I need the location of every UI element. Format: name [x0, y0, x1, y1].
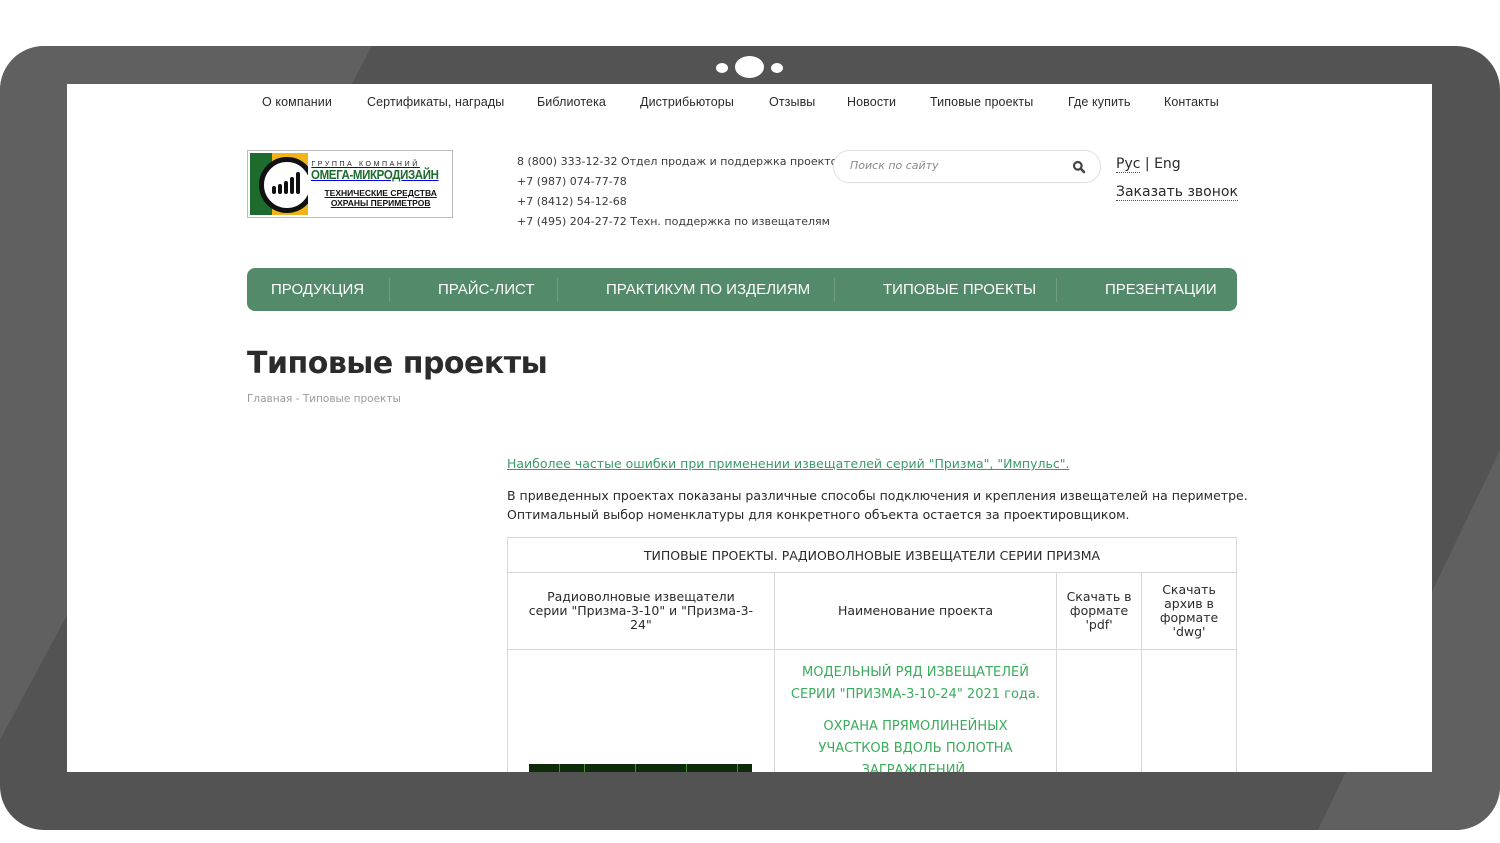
page-title: Типовые проекты [247, 346, 547, 381]
main-nav-typical-projects[interactable]: ТИПОВЫЕ ПРОЕКТЫ [883, 268, 1036, 311]
breadcrumb-home[interactable]: Главная [247, 393, 292, 405]
breadcrumb: Главная - Типовые проекты [247, 393, 401, 405]
detector-image-cell [508, 650, 775, 773]
top-nav-contacts[interactable]: Контакты [1164, 95, 1219, 109]
top-nav-library[interactable]: Библиотека [537, 95, 606, 109]
breadcrumb-separator: - [292, 393, 302, 405]
intro-line-2: Оптимальный выбор номенклатуры для конкр… [507, 505, 1237, 524]
project-names-cell: МОДЕЛЬНЫЙ РЯД ИЗВЕЩАТЕЛЕЙ СЕРИИ "ПРИЗМА-… [774, 650, 1056, 773]
sensor-dot-icon [716, 63, 728, 73]
column-header-dwg: Скачать архив в формате 'dwg' [1142, 573, 1237, 650]
request-callback-link[interactable]: Заказать звонок [1116, 184, 1238, 201]
nav-divider [834, 278, 835, 302]
lang-en-link[interactable]: Eng [1154, 156, 1181, 172]
nav-divider [557, 278, 558, 302]
logo-tagline-2: ОХРАНЫ ПЕРИМЕТРОВ [311, 198, 450, 208]
common-errors-link[interactable]: Наиболее частые ошибки при применении из… [507, 456, 1237, 471]
main-nav-products[interactable]: ПРОДУКЦИЯ [271, 268, 364, 311]
intro-text: В приведенных проектах показаны различны… [507, 486, 1237, 524]
website-screen: О компании Сертификаты, награды Библиоте… [67, 84, 1432, 772]
column-header-detectors: Радиоволновые извещатели серии "Призма-3… [508, 573, 775, 650]
phone-penza: +7 (8412) 54-12-68 [517, 192, 844, 212]
logo-group-text: ГРУППА КОМПАНИЙ [311, 161, 450, 168]
top-nav-where-to-buy[interactable]: Где купить [1068, 95, 1131, 109]
breadcrumb-current: Типовые проекты [303, 393, 401, 405]
main-nav-presentations[interactable]: ПРЕЗЕНТАЦИИ [1105, 268, 1217, 311]
sensor-dot-icon [771, 63, 783, 73]
logo-company-name: ОМЕГА-МИКРОДИЗАЙН [311, 168, 439, 182]
logo-tagline-1: ТЕХНИЧЕСКИЕ СРЕДСТВА [311, 188, 450, 198]
company-logo[interactable]: ГРУППА КОМПАНИЙ ОМЕГА-МИКРОДИЗАЙН ТЕХНИЧ… [247, 150, 453, 218]
phone-list: 8 (800) 333-12-32 Отдел продаж и поддерж… [517, 152, 844, 232]
top-nav-reviews[interactable]: Отзывы [769, 95, 815, 109]
device-frame: О компании Сертификаты, награды Библиоте… [0, 46, 1500, 830]
main-nav-price-list[interactable]: ПРАЙС-ЛИСТ [438, 268, 535, 311]
main-nav-workshop[interactable]: ПРАКТИКУМ ПО ИЗДЕЛИЯМ [606, 268, 810, 311]
nav-divider [389, 278, 390, 302]
project-link-straight-sections[interactable]: ОХРАНА ПРЯМОЛИНЕЙНЫХ УЧАСТКОВ ВДОЛЬ ПОЛО… [775, 716, 1056, 772]
top-nav-typical-projects[interactable]: Типовые проекты [930, 95, 1033, 109]
search-icon[interactable] [1072, 160, 1086, 174]
top-nav-about[interactable]: О компании [262, 95, 332, 109]
main-nav: ПРОДУКЦИЯ ПРАЙС-ЛИСТ ПРАКТИКУМ ПО ИЗДЕЛИ… [247, 268, 1237, 311]
detector-photo[interactable] [529, 764, 752, 772]
phone-mobile: +7 (987) 074-77-78 [517, 172, 844, 192]
phone-support: +7 (495) 204-27-72 Техн. поддержка по из… [517, 212, 844, 232]
lang-ru-link[interactable]: Рус [1116, 156, 1140, 173]
camera-lens-icon [735, 56, 764, 78]
table-row: МОДЕЛЬНЫЙ РЯД ИЗВЕЩАТЕЛЕЙ СЕРИИ "ПРИЗМА-… [508, 650, 1237, 773]
project-link-model-range[interactable]: МОДЕЛЬНЫЙ РЯД ИЗВЕЩАТЕЛЕЙ СЕРИИ "ПРИЗМА-… [775, 662, 1056, 706]
search-box [833, 150, 1101, 183]
phone-sales: 8 (800) 333-12-32 Отдел продаж и поддерж… [517, 152, 844, 172]
page-content: Наиболее частые ошибки при применении из… [507, 456, 1237, 524]
logo-emblem-icon [250, 153, 308, 215]
search-input[interactable] [850, 159, 1060, 172]
top-nav-certificates[interactable]: Сертификаты, награды [367, 95, 504, 109]
column-header-project-name: Наименование проекта [774, 573, 1056, 650]
lang-separator: | [1145, 156, 1150, 172]
dwg-download-cell[interactable] [1142, 650, 1237, 773]
column-header-pdf: Скачать в формате 'pdf' [1057, 573, 1142, 650]
nav-divider [1056, 278, 1057, 302]
camera-dots [715, 56, 785, 78]
pdf-download-cell[interactable] [1057, 650, 1142, 773]
top-nav-news[interactable]: Новости [847, 95, 896, 109]
intro-line-1: В приведенных проектах показаны различны… [507, 486, 1237, 505]
top-nav-distributors[interactable]: Дистрибьюторы [640, 95, 734, 109]
language-switch: Рус | Eng [1116, 156, 1181, 172]
table-caption: ТИПОВЫЕ ПРОЕКТЫ. РАДИОВОЛНОВЫЕ ИЗВЕЩАТЕЛ… [508, 538, 1237, 573]
projects-table: ТИПОВЫЕ ПРОЕКТЫ. РАДИОВОЛНОВЫЕ ИЗВЕЩАТЕЛ… [507, 537, 1237, 772]
